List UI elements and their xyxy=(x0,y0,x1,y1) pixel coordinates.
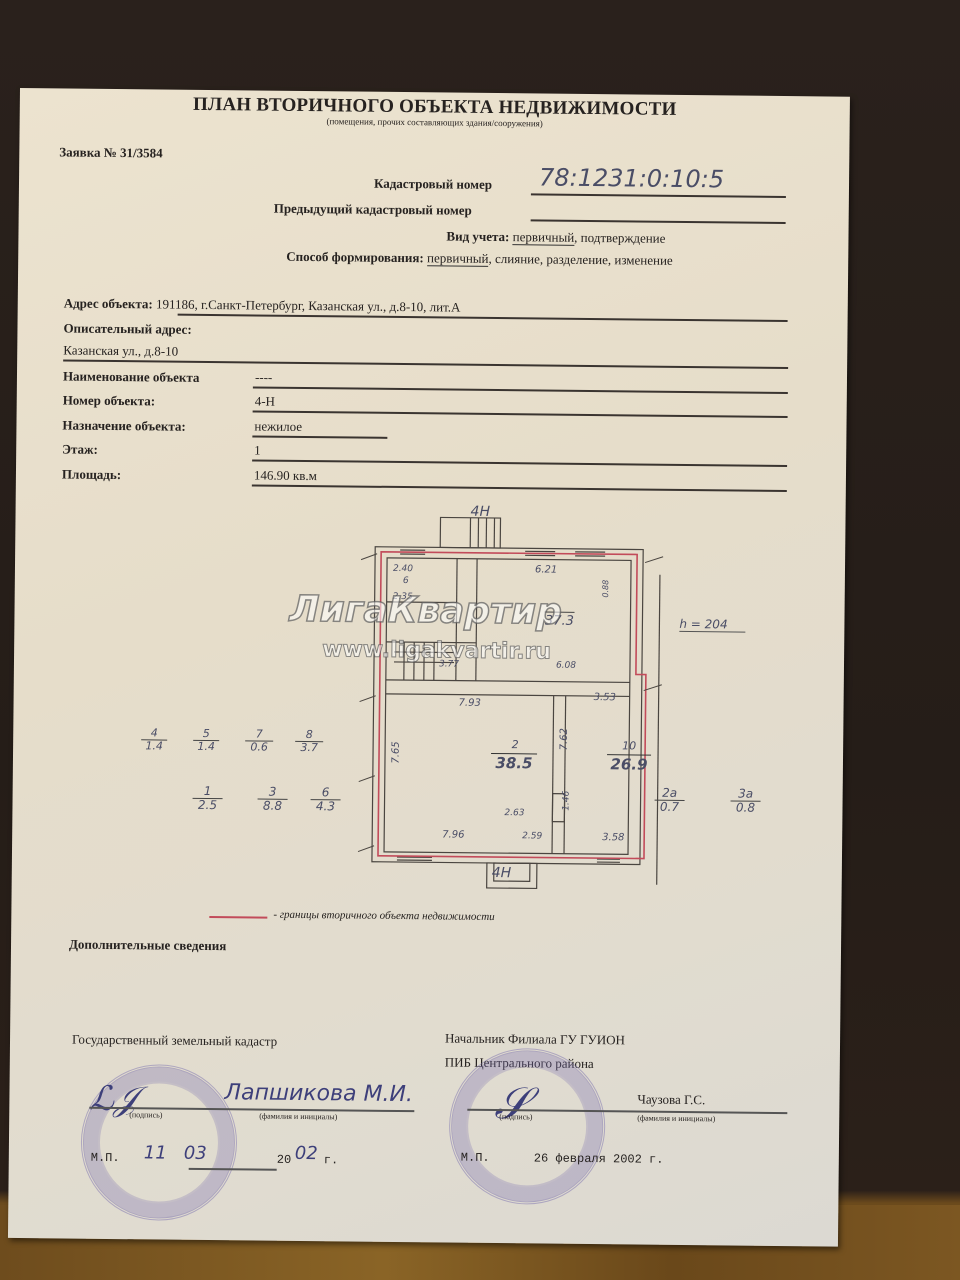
area-value: 146.90 кв.м xyxy=(254,467,317,484)
formation-selected: первичный xyxy=(427,250,489,267)
application-number: Заявка № 31/3584 xyxy=(59,144,163,161)
formation-label: Способ формирования: xyxy=(286,249,424,265)
object-purpose-value: нежилое xyxy=(254,418,302,434)
watermark-brand: ЛигаКвартир xyxy=(289,589,562,633)
left-date-year: 02 xyxy=(295,1143,318,1164)
desc-address-label: Описательный адрес: xyxy=(63,320,191,337)
watermark-url: www.ligakvartir.ru xyxy=(322,637,551,664)
floor-label: Этаж: xyxy=(62,441,98,457)
area-label: Площадь: xyxy=(62,466,121,483)
dim-label: 7.62 xyxy=(559,728,570,750)
prev-cadastral-label: Предыдущий кадастровый номер xyxy=(274,201,472,219)
dim-label: 6.08 xyxy=(556,661,576,671)
floor-underline xyxy=(252,459,787,466)
right-date: 26 февраля 2002 г. xyxy=(534,1151,664,1166)
left-date-day: 11 xyxy=(144,1142,167,1163)
right-name: Чаузова Г.С. xyxy=(637,1092,705,1109)
object-name-value: ---- xyxy=(255,369,272,385)
desc-address-value: Казанская ул., д.8-10 xyxy=(63,342,178,359)
boundary-legend-text: - границы вторичного объекта недвижимост… xyxy=(273,909,494,923)
ceiling-height-note: h = 204 xyxy=(679,617,745,633)
dim-label: 2.63 xyxy=(504,808,524,818)
floor-value: 1 xyxy=(254,442,261,458)
object-number-label: Номер объекта: xyxy=(63,392,156,409)
dim-label: 7.96 xyxy=(442,829,464,840)
dim-label: 3.58 xyxy=(602,832,624,843)
room-fraction: 12.5 xyxy=(192,785,222,812)
left-name-caption: (фамилия и инициалы) xyxy=(259,1112,337,1122)
left-mp-label: М.П. xyxy=(91,1151,120,1165)
cadastral-value: 78:1231:0:10:5 xyxy=(539,163,724,193)
address-row: Адрес объекта: 191186, г.Санкт-Петербург… xyxy=(64,295,461,315)
cadastral-underline xyxy=(531,193,786,197)
room-2-number: 2 xyxy=(495,738,535,751)
object-purpose-underline xyxy=(252,435,387,438)
room-fraction: 3а0.8 xyxy=(730,787,760,814)
room-10-number: 10 xyxy=(611,739,647,752)
dim-label: 6.21 xyxy=(535,564,557,575)
plan-top-label: 4Н xyxy=(471,504,491,520)
object-number-underline xyxy=(253,410,788,417)
dim-label: 1.46 xyxy=(561,791,571,811)
account-type-selected: первичный xyxy=(513,229,575,246)
right-sign-caption: (подпись) xyxy=(499,1112,532,1121)
object-name-underline xyxy=(253,386,788,393)
prev-cadastral-underline xyxy=(531,219,786,223)
right-name-caption: (фамилия и инициалы) xyxy=(637,1114,715,1124)
dim-label: 7.65 xyxy=(391,741,402,763)
left-sign-caption: (подпись) xyxy=(129,1110,162,1119)
object-name-label: Наименование объекта xyxy=(63,368,200,385)
object-number-value: 4-Н xyxy=(255,393,275,409)
dim-label: 2.59 xyxy=(522,831,542,841)
dim-label: 3.53 xyxy=(594,692,616,703)
object-purpose-label: Назначение объекта: xyxy=(62,417,185,434)
right-org-line1: Начальник Филиала ГУ ГУИОН xyxy=(445,1031,625,1049)
left-date-month: 03 xyxy=(184,1143,207,1164)
account-type-options: , подтверждение xyxy=(574,230,665,246)
desc-address-underline xyxy=(63,359,788,368)
dim-label: 7.93 xyxy=(459,698,481,709)
dim-label: 0.88 xyxy=(601,580,610,598)
plan-bottom-label: 4Н xyxy=(492,865,512,881)
room-fraction: 70.6 xyxy=(245,728,273,753)
boundary-legend-swatch xyxy=(209,916,267,919)
room-fraction: 83.7 xyxy=(295,729,323,754)
formation-row: Способ формирования: первичный, слияние,… xyxy=(286,249,673,269)
address-underline xyxy=(178,314,788,322)
address-label: Адрес объекта: xyxy=(64,295,153,311)
account-type-label: Вид учета: xyxy=(446,228,509,244)
address-value: 191186, г.Санкт-Петербург, Казанская ул.… xyxy=(156,296,461,314)
document-page: ПЛАН ВТОРИЧНОГО ОБЪЕКТА НЕДВИЖИМОСТИ (по… xyxy=(8,88,850,1247)
room-10-area: 26.9 xyxy=(607,754,651,773)
room-fraction: 2а0.7 xyxy=(654,787,684,814)
room-fraction: 51.4 xyxy=(193,728,219,753)
dim-label: 2.40 xyxy=(393,564,413,574)
right-mp-label: М.П. xyxy=(461,1151,490,1165)
room-number: 6 xyxy=(403,576,409,586)
room-fraction: 64.3 xyxy=(310,786,340,813)
room-fraction: 38.8 xyxy=(257,786,287,813)
cadastral-label: Кадастровый номер xyxy=(374,176,492,193)
room-2-area: 38.5 xyxy=(491,753,537,772)
room-fraction: 41.4 xyxy=(141,727,167,752)
left-org-label: Государственный земельный кадастр xyxy=(72,1032,277,1050)
floor-plan xyxy=(11,488,845,917)
formation-options: , слияние, разделение, изменение xyxy=(488,251,672,268)
left-date-suffix: г. xyxy=(324,1153,339,1167)
right-signature: 𝒮 xyxy=(494,1078,529,1129)
left-date-year-prefix: 20 xyxy=(277,1153,292,1167)
left-name-handwritten: Лапшикова М.И. xyxy=(224,1080,413,1107)
account-type-row: Вид учета: первичный, подтверждение xyxy=(446,228,665,246)
additional-info-label: Дополнительные сведения xyxy=(69,937,226,955)
